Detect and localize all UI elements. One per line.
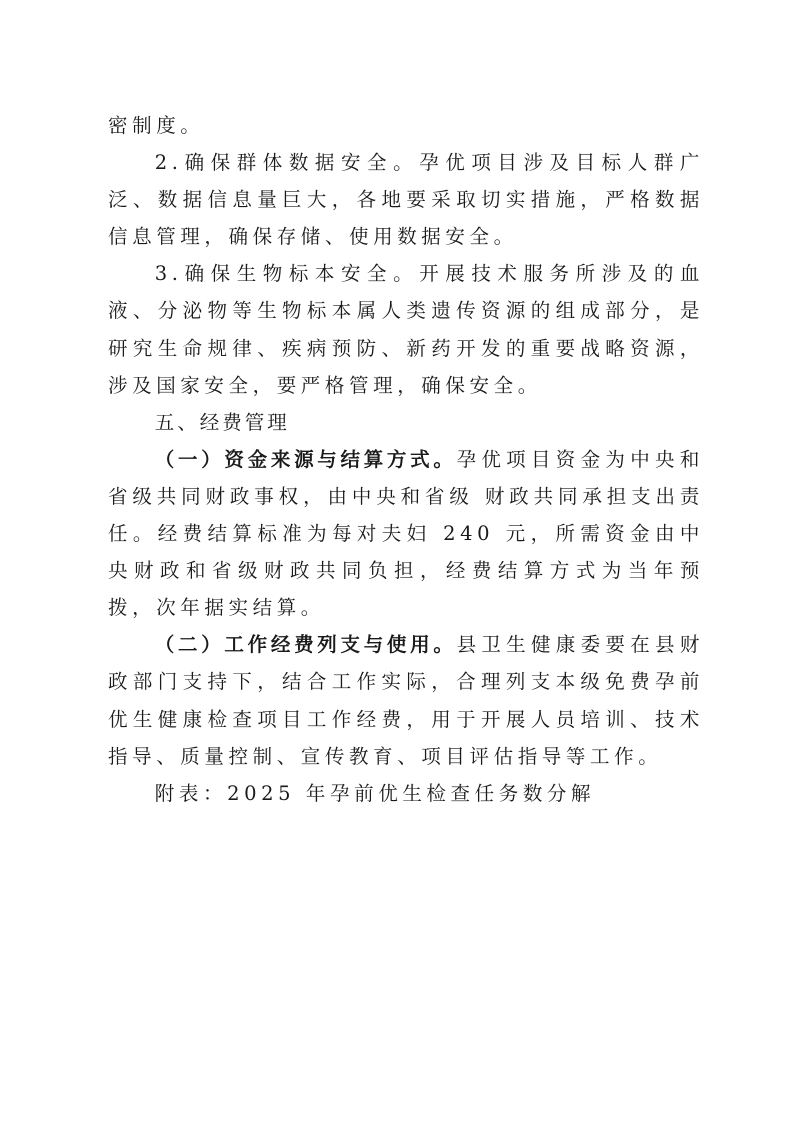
subsection-lead-work-funds: （二）工作经费列支与使用。 bbox=[155, 633, 457, 656]
subsection-body-funding-source: 孕优项目资金为中央和省级共同财政事权，由中央和省级 财政共同承担支出责任。经费结… bbox=[108, 448, 704, 619]
section-heading-funding-management: 五、经费管理 bbox=[108, 404, 704, 441]
document-body: 密制度。 2.确保群体数据安全。孕优项目涉及目标人群广泛、数据信息量巨大，各地要… bbox=[108, 107, 704, 812]
document-page: 密制度。 2.确保群体数据安全。孕优项目涉及目标人群广泛、数据信息量巨大，各地要… bbox=[0, 0, 793, 1122]
paragraph-bio-sample-security: 3.确保生物标本安全。开展技术服务所涉及的血液、分泌物等生物标本属人类遗传资源的… bbox=[108, 255, 704, 403]
subsection-lead-funding-source: （一）资金来源与结算方式。 bbox=[155, 448, 457, 471]
paragraph-group-data-security: 2.确保群体数据安全。孕优项目涉及目标人群广泛、数据信息量巨大，各地要采取切实措… bbox=[108, 144, 704, 255]
subsection-funding-source: （一）资金来源与结算方式。孕优项目资金为中央和省级共同财政事权，由中央和省级 财… bbox=[108, 441, 704, 626]
subsection-work-funds: （二）工作经费列支与使用。县卫生健康委要在县财政部门支持下，结合工作实际，合理列… bbox=[108, 626, 704, 774]
paragraph-continuation: 密制度。 bbox=[108, 107, 704, 144]
appendix-reference: 附表：2025 年孕前优生检查任务数分解 bbox=[108, 775, 704, 812]
